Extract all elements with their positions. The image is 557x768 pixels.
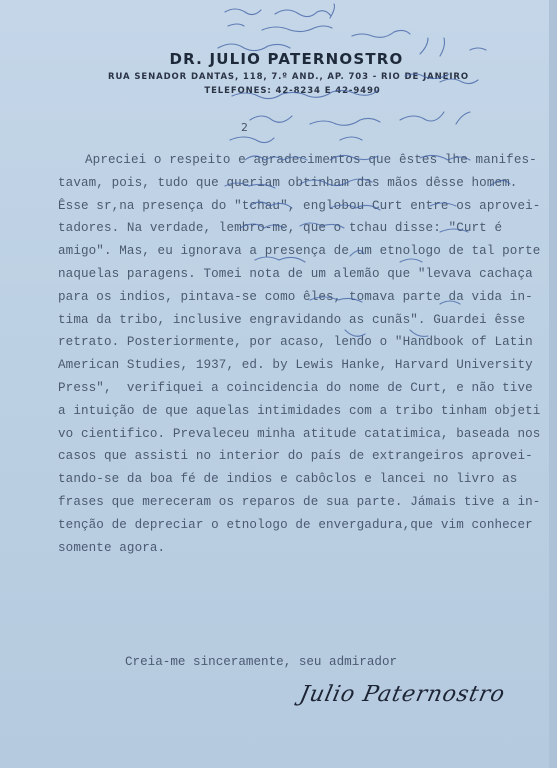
letter-line: frases que mereceram os reparos de sua p…: [58, 491, 523, 514]
letter-line: tenção de depreciar o etnologo de enverg…: [58, 514, 523, 537]
handwritten-signature: Julio Paternostro: [297, 682, 507, 707]
letter-line: American Studies, 1937, ed. by Lewis Han…: [58, 354, 523, 377]
letter-line: retrato. Posteriormente, por acaso, lend…: [58, 331, 523, 354]
letter-line: tima da tribo, inclusive engravidando as…: [58, 309, 523, 332]
letterhead-telephones: TELEFONES: 42-8234 E 42-9490: [14, 86, 557, 96]
letter-line: somente agora.: [58, 537, 523, 560]
letter-body: Apreciei o respeito e agradecimentos que…: [85, 149, 550, 559]
letter-line: tavam, pois, tudo que queriam obtinham d…: [58, 172, 523, 195]
letter-line: a intuição de que aquelas intimidades co…: [58, 400, 523, 423]
letterhead-name: DR. JULIO PATERNOSTRO: [8, 50, 557, 68]
letter-line: amigo". Mas, eu ignorava a presença de u…: [58, 240, 523, 263]
letter-line: tadores. Na verdade, lembro-me, que o tc…: [58, 217, 523, 240]
letter-line: casos que assisti no interior do país de…: [58, 445, 523, 468]
letter-line: Apreciei o respeito e agradecimentos que…: [85, 149, 550, 172]
letter-line: tando-se da boa fé de indios e cabôclos …: [58, 468, 523, 491]
letter-line: Êsse sr,na presença do "tchau", englobou…: [58, 195, 523, 218]
letter-line: para os indios, pintava-se como êles, to…: [58, 286, 523, 309]
letterhead-address: RUA SENADOR DANTAS, 118, 7.º AND., AP. 7…: [10, 72, 557, 82]
closing-line: Creia-me sinceramente, seu admirador: [125, 655, 397, 669]
letter-line: naquelas paragens. Tomei nota de um alem…: [58, 263, 523, 286]
paper-edge: [549, 0, 557, 768]
letter-line: vo cientifico. Prevaleceu minha atitude …: [58, 423, 523, 446]
letter-line: Press", verifiquei a coincidencia do nom…: [58, 377, 523, 400]
page-number: 2: [241, 121, 248, 134]
